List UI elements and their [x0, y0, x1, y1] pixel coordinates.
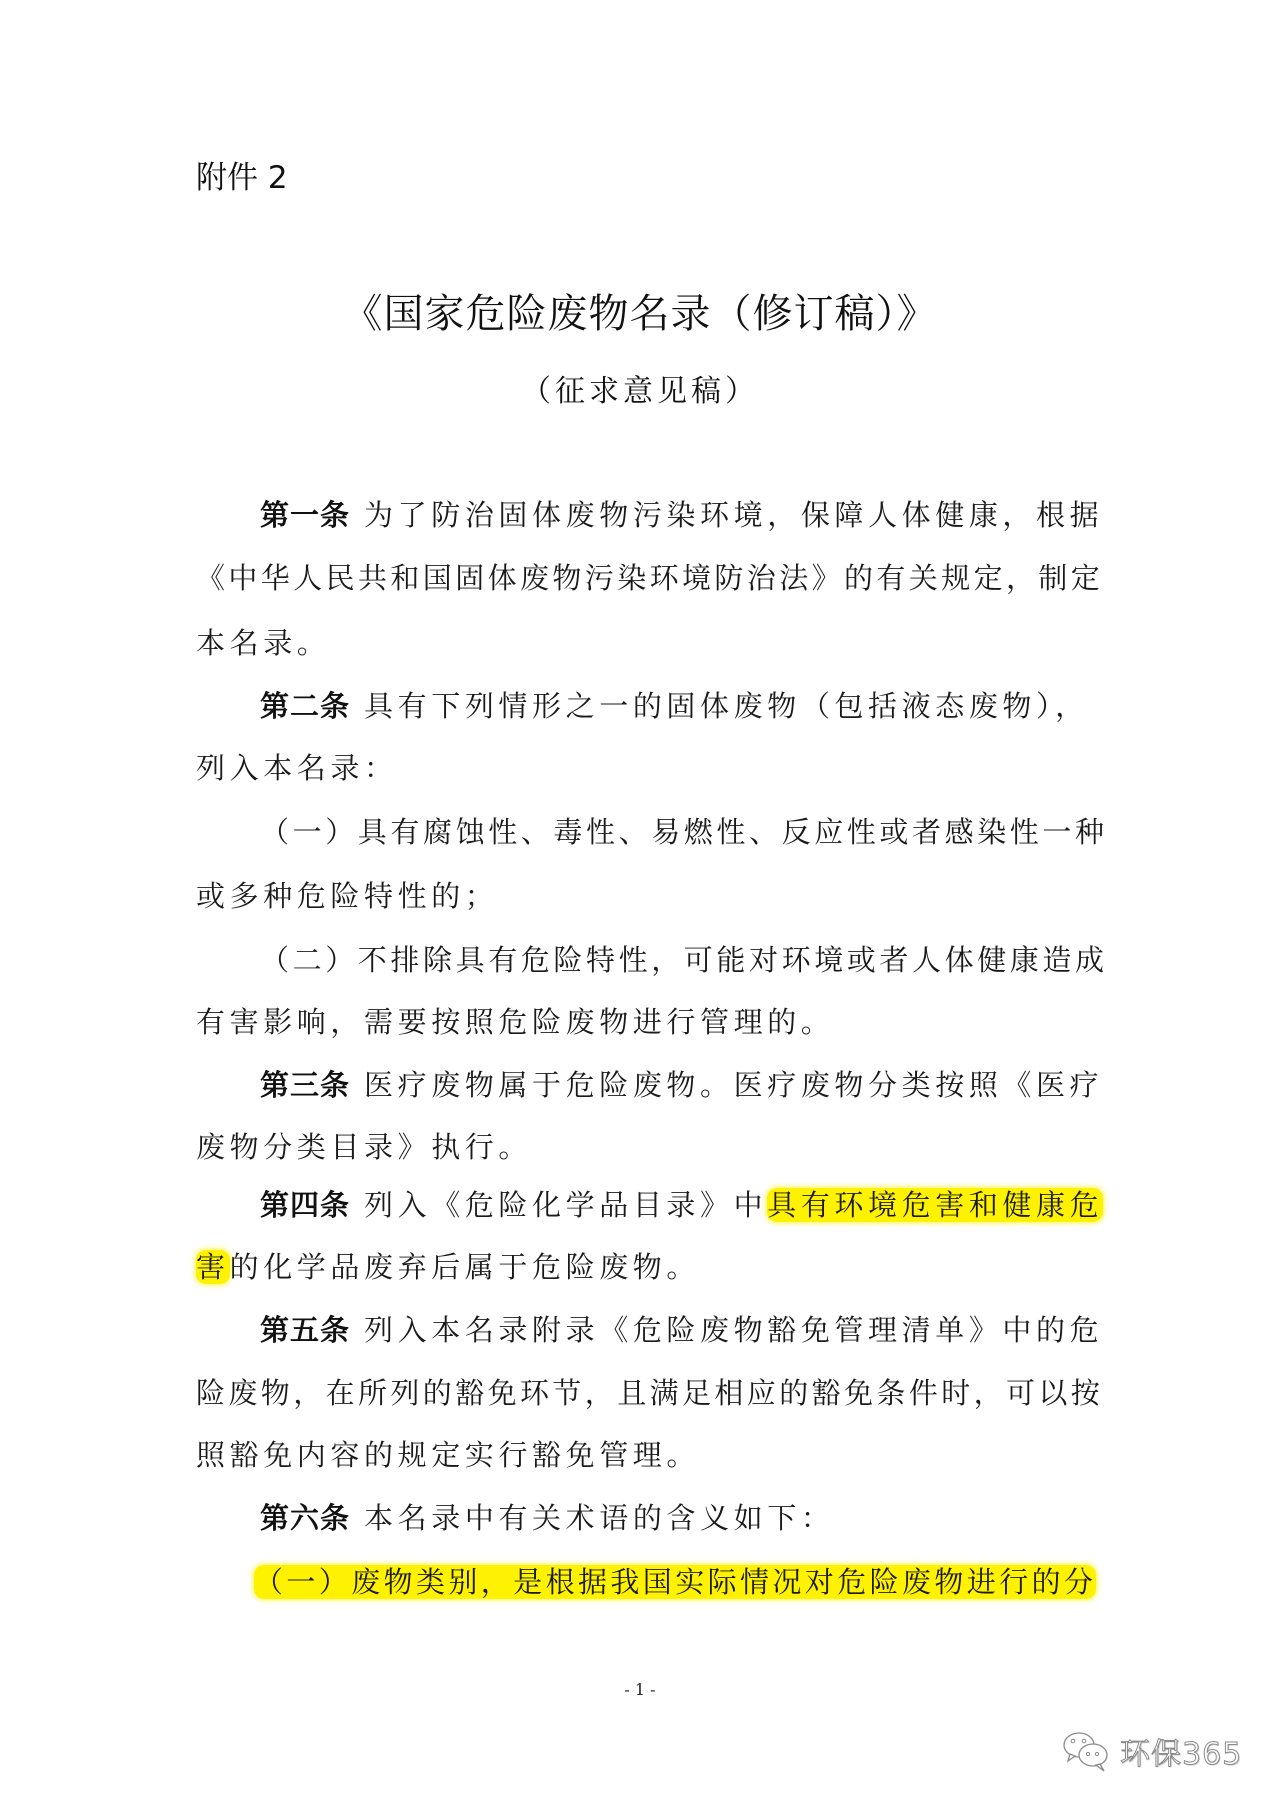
- article-2-line-1: 第二条具有下列情形之一的固体废物（包括液态废物），: [260, 684, 1089, 728]
- article-3-line-2: 废物分类目录》执行。: [196, 1125, 532, 1169]
- line-text: 《中华人民共和国固体废物污染环境防治法》的有关规定，制定: [196, 561, 1103, 595]
- article-1-line-2: 《中华人民共和国固体废物污染环境防治法》的有关规定，制定: [196, 556, 1103, 600]
- highlighted-text: 具有环境危害和健康危: [767, 1188, 1103, 1222]
- article-number: 第二条: [260, 689, 350, 723]
- line-text: 废物分类目录》执行。: [196, 1130, 532, 1164]
- article-5-line-2: 险废物，在所列的豁免环节，且满足相应的豁免条件时，可以按: [196, 1371, 1103, 1415]
- article-5-line-1: 第五条列入本名录附录《危险废物豁免管理清单》中的危: [260, 1308, 1103, 1352]
- highlighted-text: 害: [196, 1250, 230, 1284]
- article-number: 第六条: [260, 1501, 350, 1535]
- article-number: 第四条: [260, 1188, 350, 1222]
- line-text: 本名录中有关术语的含义如下：: [364, 1501, 834, 1535]
- article-4-line-2: 害的化学品废弃后属于危险废物。: [196, 1245, 700, 1289]
- article-1-line-1: 第一条为了防治固体废物污染环境，保障人体健康，根据: [260, 493, 1103, 537]
- line-text: 的化学品废弃后属于危险废物。: [230, 1250, 700, 1284]
- line-text: 有害影响，需要按照危险废物进行管理的。: [196, 1005, 834, 1039]
- line-text: 为了防治固体废物污染环境，保障人体健康，根据: [364, 498, 1103, 532]
- line-text: 险废物，在所列的豁免环节，且满足相应的豁免条件时，可以按: [196, 1376, 1103, 1410]
- article-2-item-2-line-2: 有害影响，需要按照危险废物进行管理的。: [196, 1000, 834, 1044]
- line-text: 列入本名录：: [196, 751, 398, 785]
- article-1-line-3: 本名录。: [196, 621, 330, 665]
- document-title: 《国家危险废物名录（修订稿）》: [0, 288, 1280, 340]
- article-number: 第五条: [260, 1313, 350, 1347]
- line-text: 列入本名录附录《危险废物豁免管理清单》中的危: [364, 1313, 1103, 1347]
- article-2-item-1-line-2: 或多种危险特性的；: [196, 874, 498, 918]
- article-4-line-1: 第四条列入《危险化学品目录》中具有环境危害和健康危: [260, 1183, 1103, 1227]
- wechat-icon: [1062, 1729, 1112, 1773]
- document-page: 附件 2 《国家危险废物名录（修订稿）》 （征求意见稿） 第一条为了防治固体废物…: [0, 0, 1280, 1810]
- article-number: 第三条: [260, 1068, 350, 1102]
- article-number: 第一条: [260, 498, 350, 532]
- line-text: 具有下列情形之一的固体废物（包括液态废物），: [364, 689, 1089, 723]
- highlighted-text: （一）废物类别，是根据我国实际情况对危险废物进行的分: [254, 1565, 1096, 1599]
- article-6-line-1: 第六条本名录中有关术语的含义如下：: [260, 1496, 834, 1540]
- line-text: 医疗废物属于危险废物。医疗废物分类按照《医疗: [364, 1068, 1103, 1102]
- watermark: 环保365: [1062, 1728, 1242, 1774]
- line-text: 或多种危险特性的；: [196, 879, 498, 913]
- article-3-line-1: 第三条医疗废物属于危险废物。医疗废物分类按照《医疗: [260, 1063, 1103, 1107]
- document-subtitle: （征求意见稿）: [0, 372, 1280, 412]
- page-number: - 1 -: [0, 1678, 1280, 1702]
- line-text: 列入《危险化学品目录》中: [364, 1188, 767, 1222]
- line-text: 本名录。: [196, 626, 330, 660]
- line-text: 照豁免内容的规定实行豁免管理。: [196, 1438, 700, 1472]
- line-text: （一）具有腐蚀性、毒性、易燃性、反应性或者感染性一种: [260, 815, 1108, 849]
- article-2-item-2-line-1: （二）不排除具有危险特性，可能对环境或者人体健康造成: [260, 938, 1108, 982]
- line-text: （二）不排除具有危险特性，可能对环境或者人体健康造成: [260, 943, 1108, 977]
- article-5-line-3: 照豁免内容的规定实行豁免管理。: [196, 1433, 700, 1477]
- attachment-label: 附件 2: [196, 158, 288, 198]
- article-6-item-1-line-1: （一）废物类别，是根据我国实际情况对危险废物进行的分: [254, 1560, 1096, 1604]
- article-2-item-1-line-1: （一）具有腐蚀性、毒性、易燃性、反应性或者感染性一种: [260, 810, 1108, 854]
- article-2-line-2: 列入本名录：: [196, 746, 398, 790]
- watermark-text: 环保365: [1120, 1729, 1242, 1773]
